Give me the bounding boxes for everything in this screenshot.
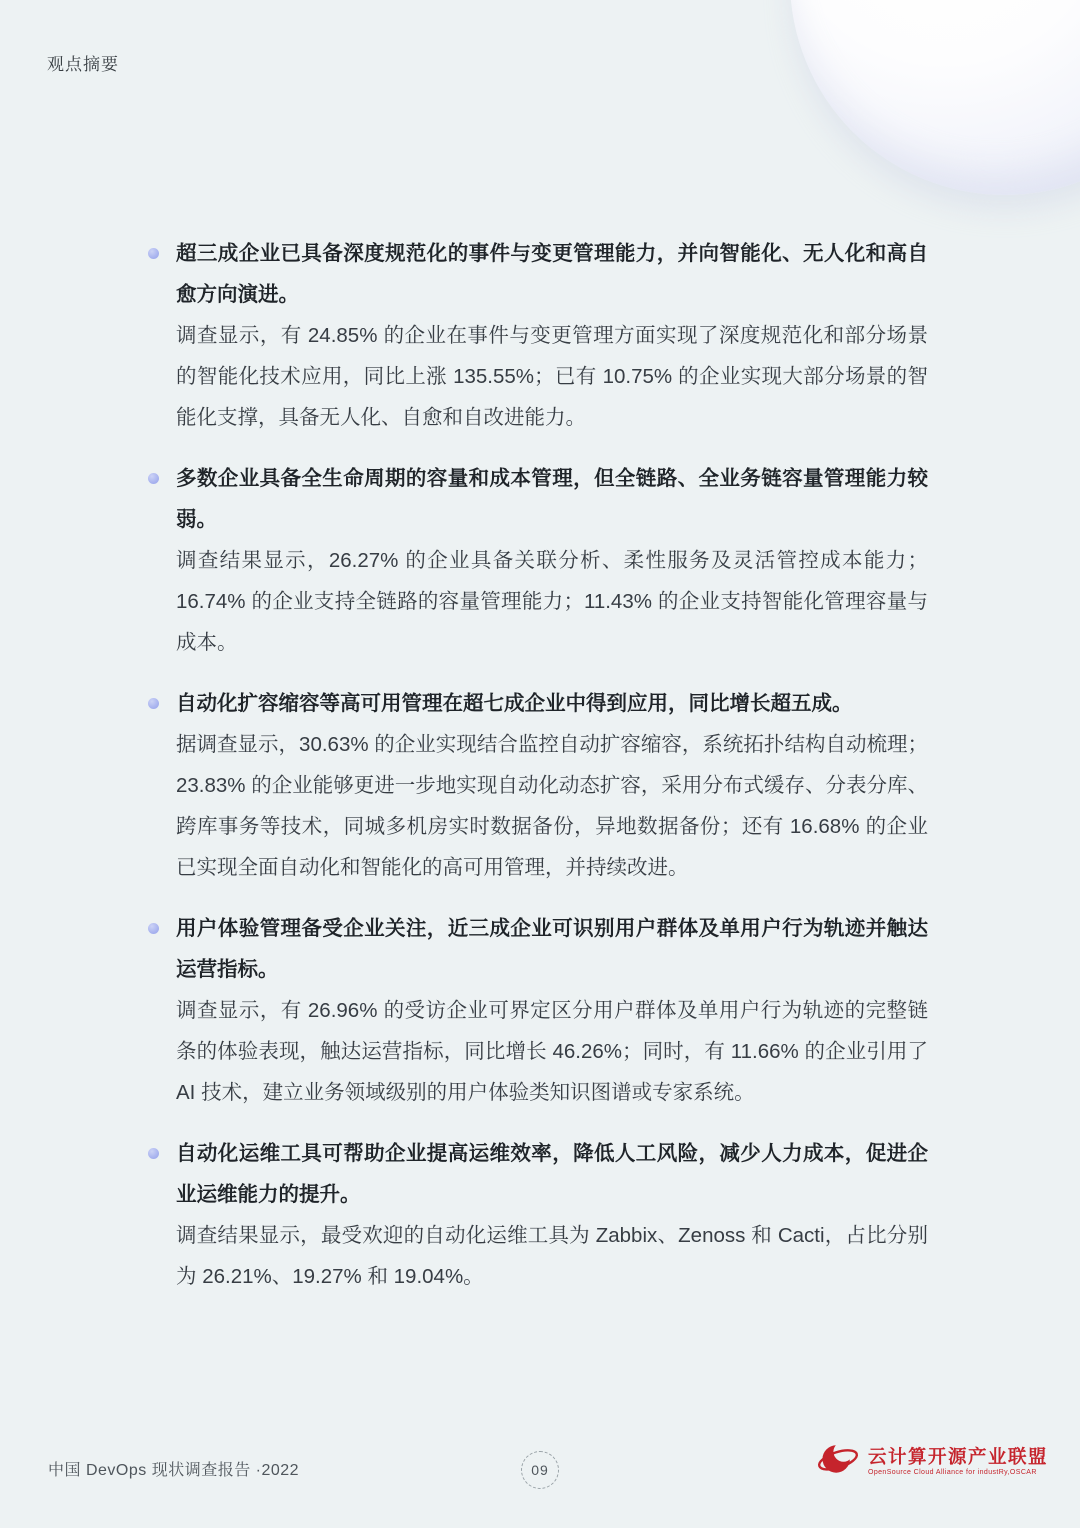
summary-heading: 自动化扩容缩容等高可用管理在超七成企业中得到应用，同比增长超五成。 <box>176 683 928 724</box>
summary-item: 多数企业具备全生命周期的容量和成本管理，但全链路、全业务链容量管理能力较弱。 调… <box>150 458 928 663</box>
summary-body: 调查结果显示，26.27% 的企业具备关联分析、柔性服务及灵活管控成本能力；16… <box>176 540 928 663</box>
bullet-dot-icon <box>148 1148 159 1159</box>
summary-heading: 超三成企业已具备深度规范化的事件与变更管理能力，并向智能化、无人化和高自愈方向演… <box>176 233 928 315</box>
summary-item: 自动化运维工具可帮助企业提高运维效率，降低人工风险，减少人力成本，促进企业运维能… <box>150 1133 928 1297</box>
bullet-dot-icon <box>148 473 159 484</box>
summary-item: 超三成企业已具备深度规范化的事件与变更管理能力，并向智能化、无人化和高自愈方向演… <box>150 233 928 438</box>
oscar-logo-icon <box>816 1438 860 1485</box>
page-eyebrow: 观点摘要 <box>47 50 119 75</box>
page-number: 09 <box>531 1462 549 1478</box>
bullet-dot-icon <box>148 923 159 934</box>
summary-item: 用户体验管理备受企业关注，近三成企业可识别用户群体及单用户行为轨迹并触达运营指标… <box>150 908 928 1113</box>
summary-body: 据调查显示，30.63% 的企业实现结合监控自动扩容缩容，系统拓扑结构自动梳理；… <box>176 724 928 888</box>
summary-heading: 用户体验管理备受企业关注，近三成企业可识别用户群体及单用户行为轨迹并触达运营指标… <box>176 908 928 990</box>
summary-list: 超三成企业已具备深度规范化的事件与变更管理能力，并向智能化、无人化和高自愈方向演… <box>150 233 928 1317</box>
summary-body: 调查显示，有 24.85% 的企业在事件与变更管理方面实现了深度规范化和部分场景… <box>176 315 928 438</box>
summary-heading: 自动化运维工具可帮助企业提高运维效率，降低人工风险，减少人力成本，促进企业运维能… <box>176 1133 928 1215</box>
summary-body: 调查结果显示，最受欢迎的自动化运维工具为 Zabbix、Zenoss 和 Cac… <box>176 1215 928 1297</box>
decorative-sphere <box>790 0 1080 195</box>
oscar-logo-en: OpenSource Cloud Alliance for industRy,O… <box>868 1469 1048 1477</box>
bullet-dot-icon <box>148 698 159 709</box>
oscar-logo: 云计算开源产业联盟 OpenSource Cloud Alliance for … <box>816 1438 1048 1485</box>
summary-item: 自动化扩容缩容等高可用管理在超七成企业中得到应用，同比增长超五成。 据调查显示，… <box>150 683 928 888</box>
footer-report-title: 中国 DevOps 现状调查报告 ·2022 <box>48 1457 299 1480</box>
oscar-logo-text: 云计算开源产业联盟 OpenSource Cloud Alliance for … <box>868 1447 1048 1477</box>
summary-body: 调查显示，有 26.96% 的受访企业可界定区分用户群体及单用户行为轨迹的完整链… <box>176 990 928 1113</box>
oscar-logo-cn: 云计算开源产业联盟 <box>868 1447 1048 1467</box>
page-number-badge: 09 <box>521 1451 559 1489</box>
summary-heading: 多数企业具备全生命周期的容量和成本管理，但全链路、全业务链容量管理能力较弱。 <box>176 458 928 540</box>
bullet-dot-icon <box>148 248 159 259</box>
